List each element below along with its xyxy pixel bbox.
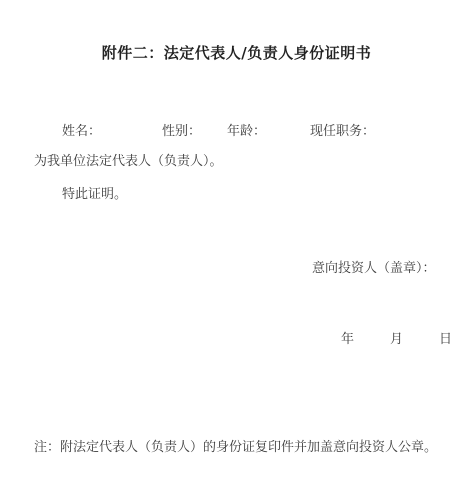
date-month: 月 — [390, 328, 403, 347]
age-label: 年龄： — [227, 120, 266, 139]
footnote-text: 注：附法定代表人（负责人）的身份证复印件并加盖意向投资人公章。 — [34, 436, 437, 455]
certify-text: 特此证明。 — [62, 183, 127, 202]
position-label: 现任职务： — [310, 120, 375, 139]
name-label: 姓名： — [62, 120, 101, 139]
statement-text: 为我单位法定代表人（负责人）。 — [34, 150, 223, 169]
document-title: 附件二：法定代表人/负责人身份证明书 — [0, 42, 473, 63]
date-year: 年 — [341, 328, 354, 347]
signature-label: 意向投资人（盖章）： — [312, 257, 436, 276]
date-day: 日 — [439, 328, 452, 347]
gender-label: 性别： — [162, 120, 201, 139]
